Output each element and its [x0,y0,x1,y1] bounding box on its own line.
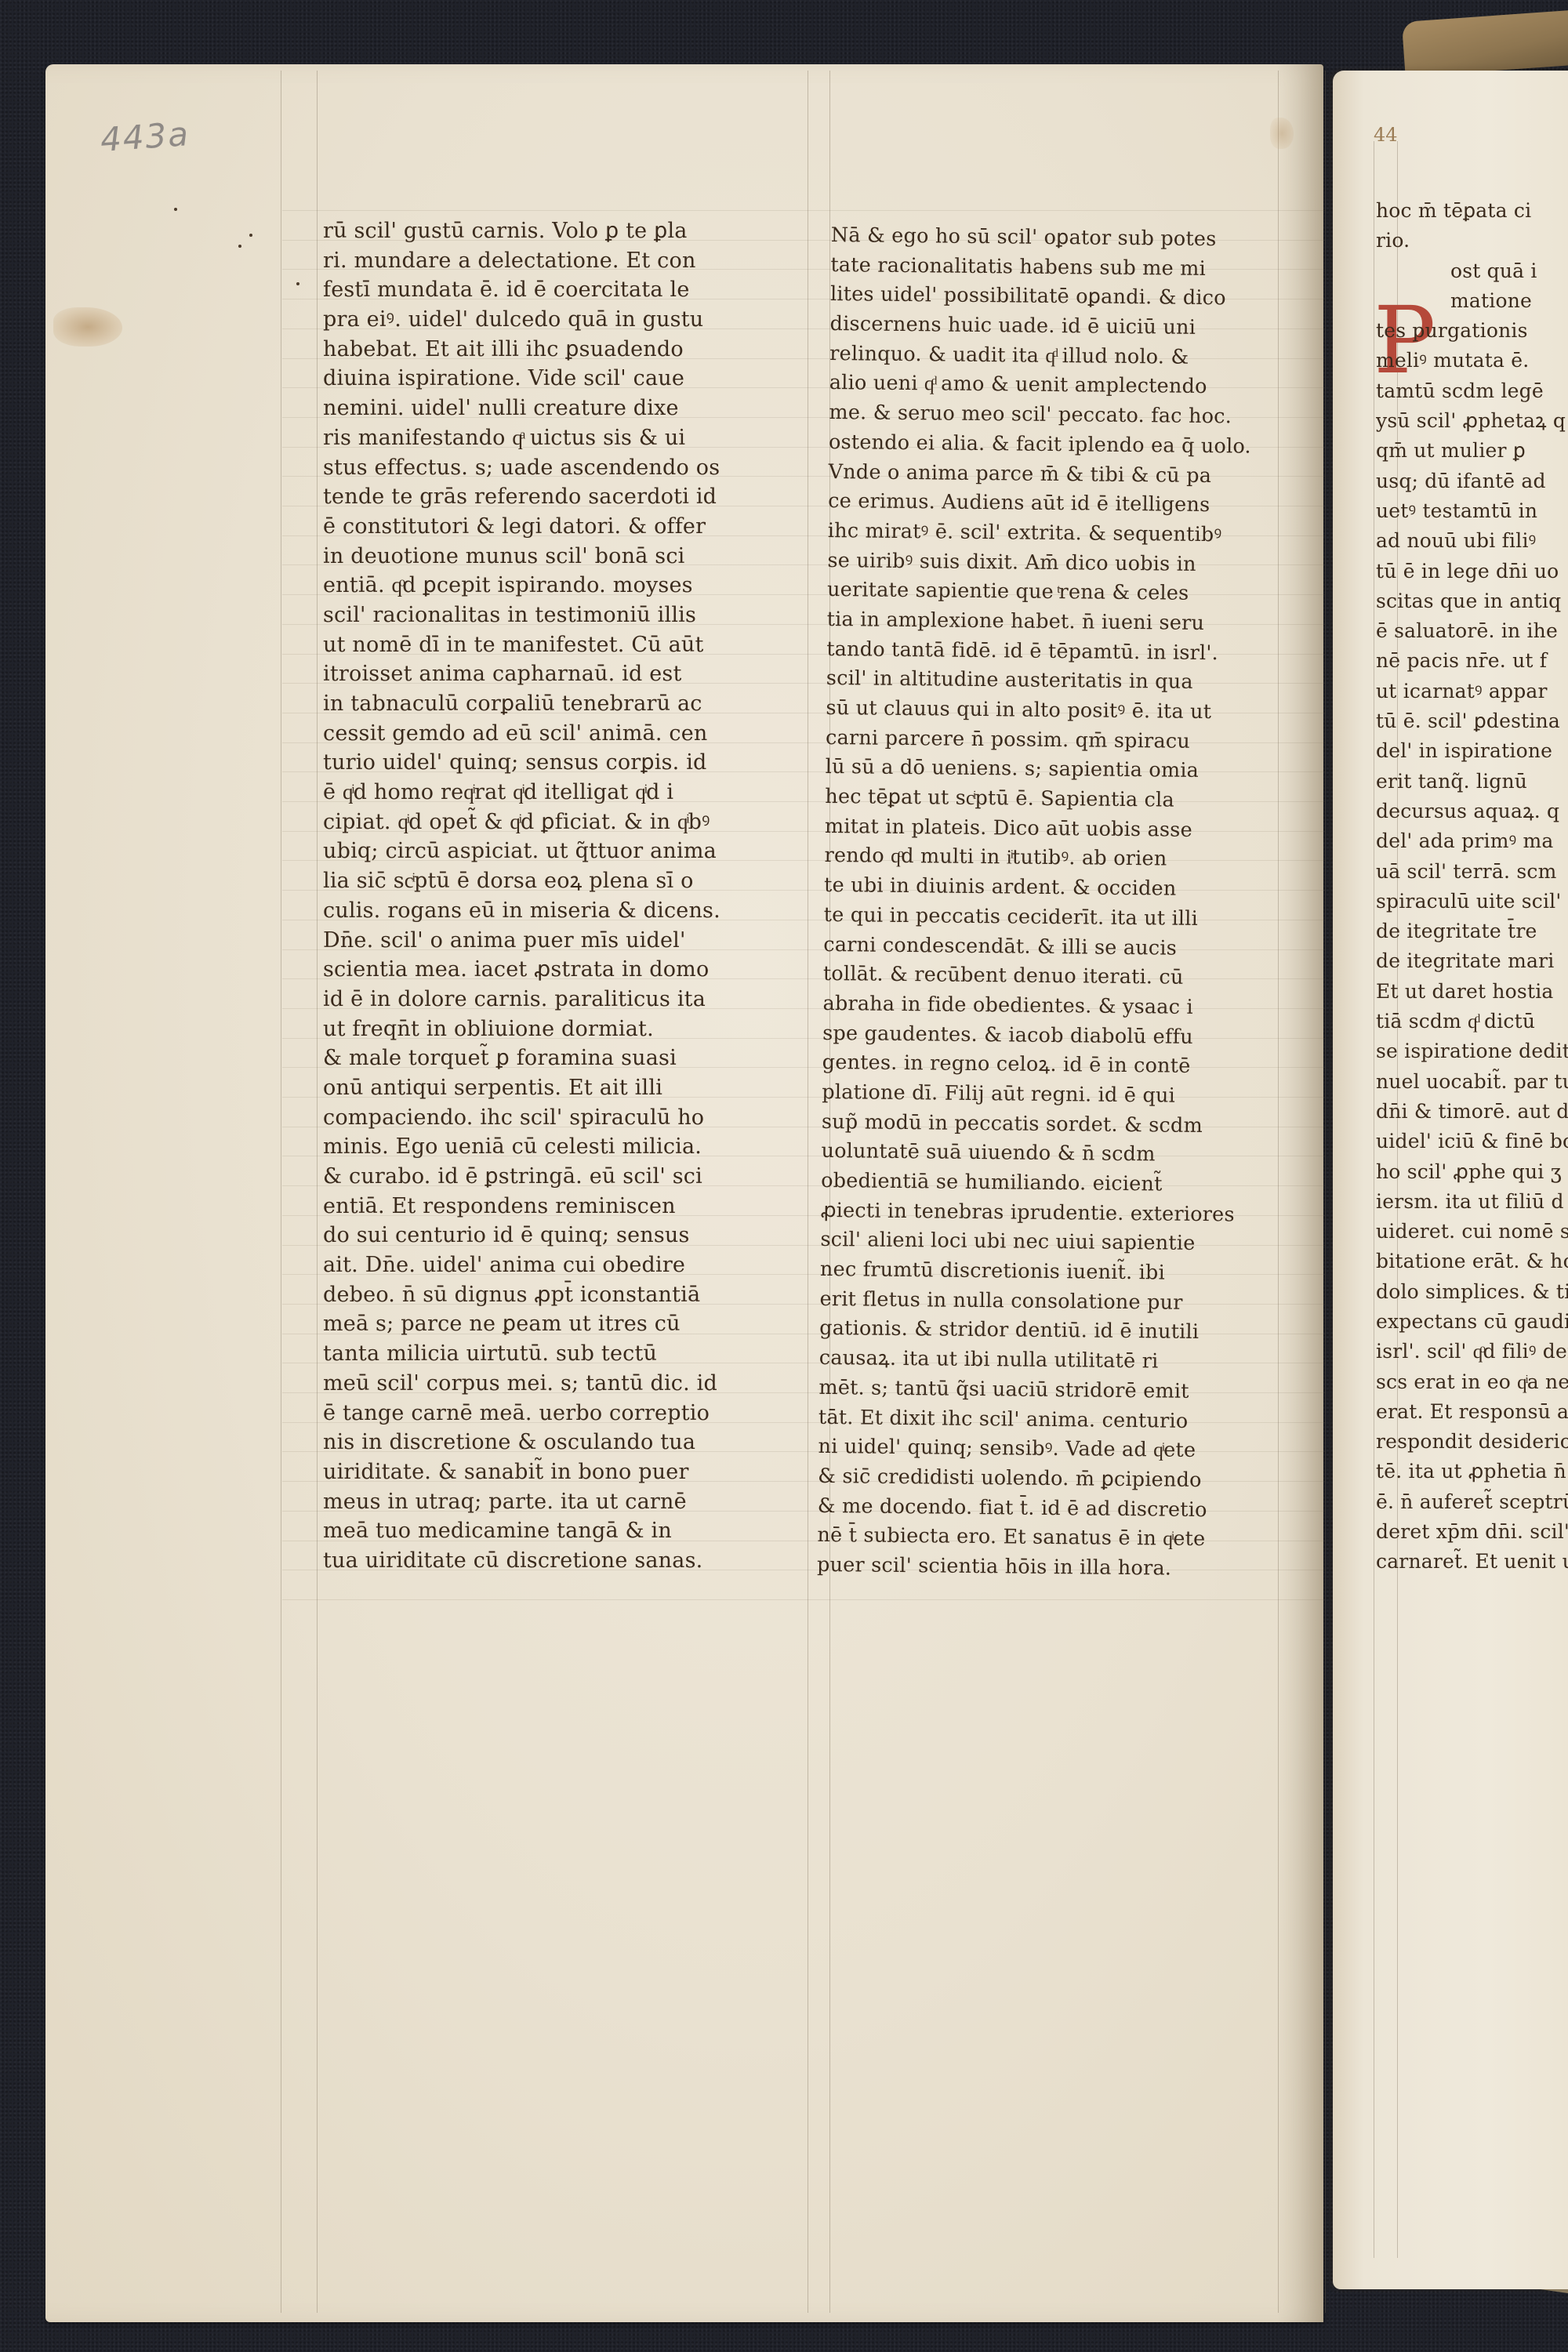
text-line: del' ada primꝰ ma [1376,826,1568,856]
text-line: de itegritate t̄re [1376,916,1568,946]
text-line: ost quā i [1376,256,1568,286]
text-line: sū ut clauus qui in alto positꝰ ē. ita u… [826,694,1265,728]
text-line: hec tēꝑat ut scͥptū ē. Sapientia cla [825,782,1264,817]
text-line: uiriditate. & sanabit̃ in bono puer [323,1457,809,1487]
text-line: meus in utraq; parte. ita ut carnē [323,1487,809,1517]
text-line: ostendo ei alia. & facit iplendo ea q̄ u… [829,428,1268,463]
text-line: & curabo. id ē ꝑstringā. eū scil' sci [323,1162,809,1192]
text-line: tende te grās referendo sacerdoti id [323,482,809,512]
text-line: dolo simplices. & tim [1376,1277,1568,1307]
text-line: meū scil' corpus mei. s; tantū dic. id [323,1369,809,1399]
text-line: tē. ita ut ꝓphetia n̄ d [1376,1457,1568,1486]
text-line: id ē in dolore carnis. paraliticus ita [323,985,809,1014]
text-line: sup̃ modū in peccatis sordet. & scdm [822,1108,1261,1142]
text-line: cipiat. qͥd opet̃ & qͥd ꝑficiat. & in qͥ… [323,808,809,837]
ink-speck [238,245,241,248]
text-line: qm̄ ut mulier ꝑ [1376,436,1568,466]
text-line: bitatione erāt. & ho [1376,1247,1568,1276]
text-line: abraha in fide obedientes. & ysaac i [822,989,1261,1024]
text-line: isrl'. scil' qͦd filiꝰ dei icarn [1376,1337,1568,1367]
binding-strip-top [1402,9,1568,77]
text-line: stus effectus. s; uade ascendendo os [323,453,809,483]
text-line: mēt. s; tantū q̃si uaciū stridorē emit [818,1374,1258,1408]
text-line: erit fletus in nulla consolatione pur [819,1285,1258,1319]
text-line: se uiribꝰ suis dixit. Am̄ dico uobis in [827,546,1266,581]
text-line: tia in amplexione habet. n̄ iueni seru [826,605,1265,640]
text-line: ni uidel' quinq; sensibꝰ. Vade ad qͥete [818,1432,1257,1467]
text-line: de itegritate mari [1376,946,1568,976]
text-line: mitat in plateis. Dico aūt uobis asse [825,812,1264,847]
folio-number: 443a [99,114,191,159]
text-line: diuina ispiratione. Vide scil' caue [323,364,809,394]
text-line: Et ut daret hostia [1376,977,1568,1007]
text-line: ad nouū ubi filiꝰ [1376,526,1568,556]
text-line: ut nomē dī in te manifestet. Cū aūt [323,630,809,660]
stain [53,307,122,347]
text-line: ri. mundare a delectatione. Et con [323,246,809,276]
text-line: ē. n̄ auferet̃ sceptrū [1376,1487,1568,1517]
text-line: scientia mea. iacet ꝓstrata in domo [323,955,809,985]
text-line: uideret. cui nomē si [1376,1217,1568,1247]
text-line: in deuotione munus scil' bonā sci [323,542,809,572]
text-line: pra eiꝰ. uidel' dulcedo quā in gustu [323,305,809,335]
text-line: tiā scdm qͩ dictū [1376,1007,1568,1036]
text-line: gentes. in regno celoꝝ. id ē in contē [822,1048,1261,1083]
text-line: ho scil' ꝓphe qui ʒ t̄r [1376,1157,1568,1187]
text-line: spiraculū uite scil' [1376,887,1568,916]
ruling-line [1325,71,1326,2313]
text-line: ē qͥd homo reqͥrat qͥd itelligat qͥd i [323,778,809,808]
text-line: tū ē in lege dn̄i uo [1376,557,1568,586]
text-line: discernens huic uade. id ē uiciū uni [829,310,1269,344]
text-line: ait. Dn̄e. uidel' anima cui obedire [323,1250,809,1280]
text-line: nec frumtū discretionis iuenit̃. ibi [820,1255,1259,1290]
text-line: ē saluatorē. in ihe [1376,616,1568,646]
text-line: meā s; parce ne ꝑeam ut itres cū [323,1309,809,1339]
text-line: lia sic̄ scͥptū ē dorsa eoꝝ plena sī o [323,866,809,896]
text-line: ubiq; circū aspiciat. ut q̃ttuor anima [323,837,809,866]
text-line: tū ē. scil' ꝑdestina [1376,706,1568,736]
text-line: uā scil' terrā. scm [1376,857,1568,887]
text-line: decursus aquaꝝ. q [1376,797,1568,826]
text-line: rio. [1376,226,1568,256]
text-line: respondit desiderio u [1376,1427,1568,1457]
text-line: lū sū a dō ueniens. s; sapientia omia [826,753,1265,787]
text-line: platione dī. Filij aūt regni. id ē qui [822,1078,1261,1112]
text-line: meliꝰ mutata ē. [1376,346,1568,376]
text-line: & me docendo. fiat t̄. id ē ad discretio [818,1491,1257,1526]
text-line: onū antiqui serpentis. Et ait illi [323,1073,809,1103]
text-line: deret xp̄m dn̄i. scil' a [1376,1517,1568,1547]
text-line: ris manifestando qͣ uictus sis & ui [323,423,809,453]
text-line: itroisset anima capharnaū. id est [323,659,809,689]
text-line: alio ueni qͩ amo & uenit amplectendo [829,368,1269,403]
text-line: debeo. n̄ sū dignus ꝓpt̄ iconstantiā [323,1280,809,1310]
text-line: tes purgationis [1376,316,1568,346]
text-line: usq; dū ifantē ad [1376,466,1568,496]
text-line: puer scil' scientia hōis in illa hora. [817,1551,1256,1585]
text-line: matione [1376,286,1568,316]
text-line: scitas que in antiq [1376,586,1568,616]
ink-speck [296,282,299,285]
text-line: nē t̄ subiecta ero. Et sanatus ē in qͥet… [817,1521,1256,1555]
ink-speck [174,208,177,211]
text-line: dn̄i & timorē. aut d [1376,1097,1568,1127]
text-line: culis. rogans eū in miseria & dicens. [323,896,809,926]
text-line: me. & seruo meo scil' peccato. fac hoc. [829,398,1268,433]
text-line: expectans cū gaudio [1376,1307,1568,1337]
text-line: te qui in peccatis ceciderīt. ita ut ill… [824,901,1263,935]
text-line: & male torquet̃ ꝑ foramina suasi [323,1044,809,1073]
text-line: ueritate sapientie que ͭrena & celes [827,575,1266,610]
text-line: nis in discretione & osculando tua [323,1428,809,1457]
text-line: scil' racionalitas in testimoniū illis [323,601,809,630]
text-line: gationis. & stridor dentiū. id ē inutili [819,1314,1258,1348]
text-line: ē constitutori & legi datori. & offer [323,512,809,542]
text-line: Nā & ego ho sū scil' oꝑator sub potes [831,221,1270,256]
text-line: se ispiratione dedit [1376,1036,1568,1066]
text-line: tamtū scdm legē [1376,376,1568,406]
text-line: & sic̄ credidisti uolendo. m̄ ꝑcipiendo [818,1462,1257,1497]
text-line: nuel uocabit̃. par tu [1376,1067,1568,1097]
text-line: entiā. Et respondens reminiscen [323,1192,809,1221]
ruling-line [281,71,281,2313]
text-line: nē pacis nr̄e. ut f [1376,646,1568,676]
text-line: carni parcere n̄ possim. qm̄ spiracu [826,724,1265,758]
text-line: festī mundata ē. id ē coercitata le [323,275,809,305]
ruling-line [1278,71,1279,2313]
text-line: tanta milicia uirtutū. sub tectū [323,1339,809,1369]
text-line: compaciendo. ihc scil' spiraculū ho [323,1103,809,1133]
text-line: rendo qͦd multi in iͥtutibꝰ. ab orien [824,841,1263,876]
text-line: entiā. qͦd ꝑcepit ispirando. moyses [323,571,809,601]
text-line: scil' alieni loci ubi nec uiui sapientie [820,1225,1259,1260]
text-line: do sui centurio id ē quinq; sensus [323,1221,809,1250]
text-line: iersm. ita ut filiū d [1376,1187,1568,1217]
text-line: ysū scil' ꝓphetaꝝ q [1376,406,1568,436]
ruling-line [317,71,318,2313]
ruling-line [282,210,1325,211]
text-line: ihc miratꝰ ē. scil' extrita. & sequentib… [828,517,1267,551]
corner-mark: 44 [1374,124,1398,146]
text-line: spe gaudentes. & iacob diabolū effu [822,1019,1261,1054]
text-column-a: rū scil' gustū carnis. Volo ꝑ te ꝑla ri.… [323,216,809,1576]
text-line: erat. Et responsū acc [1376,1397,1568,1427]
text-line: in tabnaculū corꝑaliū tenebrarū ac [323,689,809,719]
text-line: nemini. uidel' nulli creature dixe [323,394,809,423]
text-line: minis. Ego ueniā cū celesti milicia. [323,1132,809,1162]
text-line: uetꝰ testamtū in [1376,496,1568,526]
text-line: rū scil' gustū carnis. Volo ꝑ te ꝑla [323,216,809,246]
text-line: relinquo. & uadit ita qͩ illud nolo. & [829,339,1269,374]
text-line: obedientiā se humiliando. eicient̃ [821,1167,1260,1201]
text-line: tollāt. & recūbent denuo iterati. cū [823,960,1262,994]
text-line: tando tantā fidē. id ē tēpamtū. in isrl'… [826,635,1265,670]
text-line: del' in ispiratione [1376,736,1568,766]
text-column-b: Nā & ego ho sū scil' oꝑator sub potes ta… [817,221,1270,1584]
ruling-line [282,1599,1325,1600]
text-line: ꝓiecti in tenebras iprudentie. exteriore… [821,1196,1260,1231]
text-line: lites uidel' possibilitatē oꝑandi. & dic… [830,280,1269,314]
text-line: carnaret̃. Et uenit u [1376,1547,1568,1577]
text-line: ē tange carnē meā. uerbo correptio [323,1399,809,1428]
text-line: cessit gemdo ad eū scil' animā. cen [323,719,809,749]
text-line: tua uiriditate cū discretione sanas. [323,1546,809,1576]
text-line: scil' in altitudine austeritatis in qua [826,664,1265,699]
text-line: causaꝝ. ita ut ibi nulla utilitatē ri [819,1344,1258,1378]
ruling-line [1374,141,1374,2258]
stain [1270,118,1294,149]
text-line: erit tanq̃. lignū [1376,767,1568,797]
text-column-c: hoc m̄ tēꝑata cirio.ost quā imationetes … [1376,196,1568,1577]
text-line: te ubi in diuinis ardent. & occiden [824,871,1263,906]
text-line: scs erat in eo qͥa nec [1376,1367,1568,1397]
text-line: uoluntatē suā uiuendo & n̄ scdm [821,1137,1260,1171]
text-line: tate racionalitatis habens sub me mi [830,251,1269,285]
text-line: ut icarnatꝰ appar [1376,677,1568,706]
text-line: hoc m̄ tēꝑata ci [1376,196,1568,226]
text-line: ut freqn̄t in obliuione dormiat. [323,1014,809,1044]
text-line: habebat. Et ait illi ihc ꝑsuadendo [323,335,809,365]
text-line: uidel' iciū & finē bo [1376,1127,1568,1156]
text-line: meā tuo medicamine tangā & in [323,1516,809,1546]
text-line: turio uidel' quinq; sensus corꝑis. id [323,748,809,778]
text-line: Dn̄e. scil' o anima puer mīs uidel' [323,926,809,956]
text-line: ce erimus. Audiens aūt id ē itelligens [828,487,1267,521]
ink-speck [249,234,252,237]
text-line: Vnde o anima parce m̄ & tibi & cū pa [828,457,1267,492]
text-line: carni condescendāt. & illi se aucis [823,930,1262,964]
text-line: tāt. Et dixit ihc scil' anima. centurio [818,1403,1258,1437]
